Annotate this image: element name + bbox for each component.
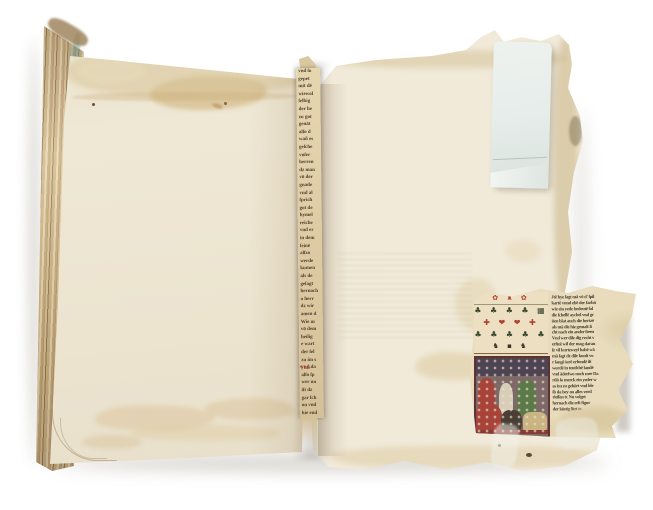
right-page-stain — [505, 240, 541, 262]
suit-symbol-row: ♣ ♣ ♣ ♣ ♣ — [474, 329, 548, 340]
repair-tissue — [555, 417, 599, 450]
waste-strip-tail — [300, 416, 317, 446]
suit-symbol-table: ✿ ♜ ✿ ♣ ♣ ♣ ♣ ▦ ✚ ❤ ❤ ✚ ♣ ♣ ♣ ♣ ♣ ♞ ▪ ♞ — [474, 292, 548, 354]
waste-strip-blackletter-text: vnd ſogepetmit dēwiewolſelbigder hezu go… — [296, 68, 324, 418]
left-page-speck — [92, 103, 95, 106]
book-photo: vnd ſogepetmit dēwiewolſelbigder hezu go… — [0, 0, 653, 510]
suit-symbol-row: ♣ ♣ ♣ ♣ ▦ — [474, 305, 548, 316]
bookmark-tab-fold — [490, 155, 549, 189]
waste-strip-rubric: ¶ hie — [300, 366, 310, 372]
right-page-bottom-edge-tint — [330, 446, 600, 468]
bookmark-tab-crease — [493, 157, 547, 160]
left-page-top-stain-light — [76, 58, 146, 84]
right-page-speck — [526, 453, 532, 457]
suit-table-rule — [474, 304, 548, 305]
bookmark-tab — [490, 41, 552, 188]
left-page-corner-crease — [60, 418, 107, 459]
right-page-edge-dark-patch — [569, 116, 582, 146]
suit-symbol-row: ♞ ▪ ♞ — [474, 341, 548, 352]
right-page-ghost-text — [338, 252, 472, 338]
suit-symbol-row: ✚ ❤ ❤ ✚ — [474, 317, 548, 328]
left-page-speck — [224, 102, 227, 105]
